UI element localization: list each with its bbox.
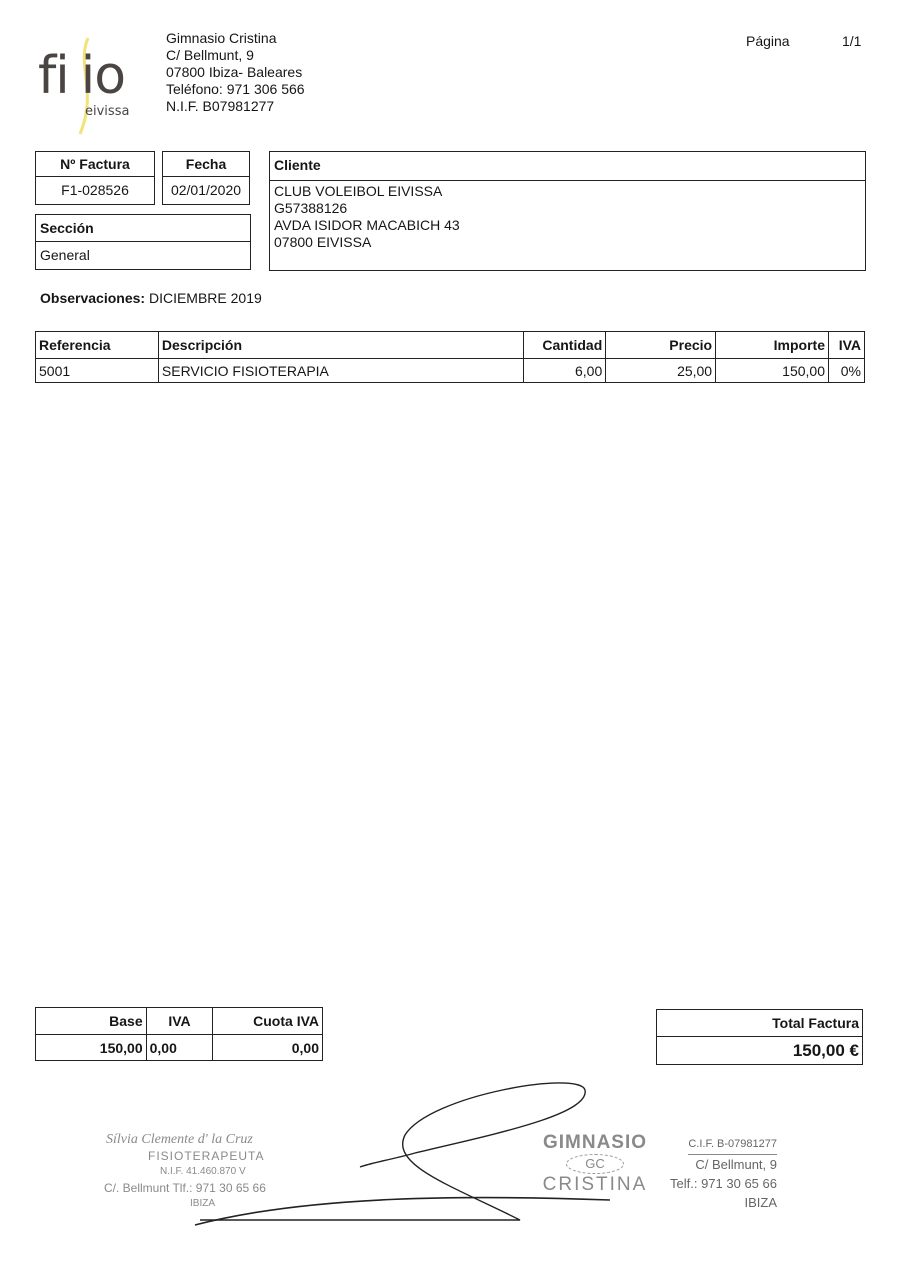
company-address: C/ Bellmunt, 9 [166, 47, 305, 64]
total-table: Total Factura 150,00 € [656, 1009, 863, 1065]
client-box: Cliente CLUB VOLEIBOL EIVISSA G57388126 … [269, 151, 866, 271]
total-value: 150,00 € [657, 1037, 863, 1065]
cell-importe: 150,00 [716, 359, 829, 383]
col-precio: Precio [606, 332, 716, 359]
stamp-gym-bottom: CRISTINA [535, 1174, 655, 1196]
col-iva: IVA [828, 332, 864, 359]
invoice-number: F1-028526 [36, 177, 154, 203]
page-label: Página [746, 33, 790, 49]
logo-subtext: eivissa [85, 104, 129, 119]
base-value: 150,00 [36, 1035, 147, 1061]
invoice-number-label: Nº Factura [36, 152, 154, 177]
client-tax-id: G57388126 [274, 200, 865, 217]
page-number: 1/1 [842, 33, 861, 49]
gym-stamp-info: C.I.F. B-07981277 C/ Bellmunt, 9 Telf.: … [655, 1133, 777, 1212]
section-value: General [36, 242, 250, 269]
observations-value: DICIEMBRE 2019 [149, 290, 262, 306]
section-box: Sección General [35, 214, 251, 270]
stamp-gym-cif: C.I.F. B-07981277 [688, 1135, 777, 1155]
observations-label: Observaciones: [40, 290, 145, 306]
invoice-date: 02/01/2020 [163, 177, 249, 203]
client-name: CLUB VOLEIBOL EIVISSA [274, 183, 865, 200]
stamp-gym-top: GIMNASIO [535, 1132, 655, 1154]
col-cuota-iva: Cuota IVA [213, 1008, 323, 1035]
col-importe: Importe [716, 332, 829, 359]
iva-rate-value: 0,00 [146, 1035, 213, 1061]
company-phone: Teléfono: 971 306 566 [166, 81, 305, 98]
company-city: 07800 Ibiza- Baleares [166, 64, 305, 81]
client-details: CLUB VOLEIBOL EIVISSA G57388126 AVDA ISI… [270, 181, 865, 251]
gym-stamp: GIMNASIO GC CRISTINA [535, 1132, 655, 1196]
col-referencia: Referencia [36, 332, 159, 359]
client-street: AVDA ISIDOR MACABICH 43 [274, 217, 865, 234]
cuota-iva-value: 0,00 [213, 1035, 323, 1061]
table-row: 5001 SERVICIO FISIOTERAPIA 6,00 25,00 15… [36, 359, 865, 383]
col-base: Base [36, 1008, 147, 1035]
tax-summary-header: Base IVA Cuota IVA [36, 1008, 323, 1035]
logo-text: fiio [38, 46, 125, 106]
col-cantidad: Cantidad [524, 332, 606, 359]
company-name: Gimnasio Cristina [166, 30, 305, 47]
fisio-eivissa-logo: fiio eivissa [38, 32, 148, 132]
stamp-gym-phone: Telf.: 971 30 65 66 [655, 1174, 777, 1193]
company-info: Gimnasio Cristina C/ Bellmunt, 9 07800 I… [166, 30, 305, 115]
items-header-row: Referencia Descripción Cantidad Precio I… [36, 332, 865, 359]
total-label: Total Factura [657, 1010, 863, 1037]
client-city: 07800 EIVISSA [274, 234, 865, 251]
tax-summary-table: Base IVA Cuota IVA 150,00 0,00 0,00 [35, 1007, 323, 1061]
stamp-gym-monogram: GC [566, 1154, 624, 1174]
cell-descripcion: SERVICIO FISIOTERAPIA [158, 359, 523, 383]
items-table: Referencia Descripción Cantidad Precio I… [35, 331, 865, 383]
invoice-number-box: Nº Factura F1-028526 [35, 151, 155, 205]
cell-cantidad: 6,00 [524, 359, 606, 383]
tax-summary-values: 150,00 0,00 0,00 [36, 1035, 323, 1061]
observations: Observaciones: DICIEMBRE 2019 [40, 290, 262, 306]
col-descripcion: Descripción [158, 332, 523, 359]
stamp-gym-address: C/ Bellmunt, 9 [655, 1155, 777, 1174]
section-label: Sección [36, 215, 250, 242]
cell-iva: 0% [828, 359, 864, 383]
cell-precio: 25,00 [606, 359, 716, 383]
stamp-gym-city: IBIZA [655, 1193, 777, 1212]
invoice-date-label: Fecha [163, 152, 249, 177]
company-nif: N.I.F. B07981277 [166, 98, 305, 115]
col-iva-rate: IVA [146, 1008, 213, 1035]
client-label: Cliente [270, 152, 865, 181]
cell-referencia: 5001 [36, 359, 159, 383]
invoice-date-box: Fecha 02/01/2020 [162, 151, 250, 205]
